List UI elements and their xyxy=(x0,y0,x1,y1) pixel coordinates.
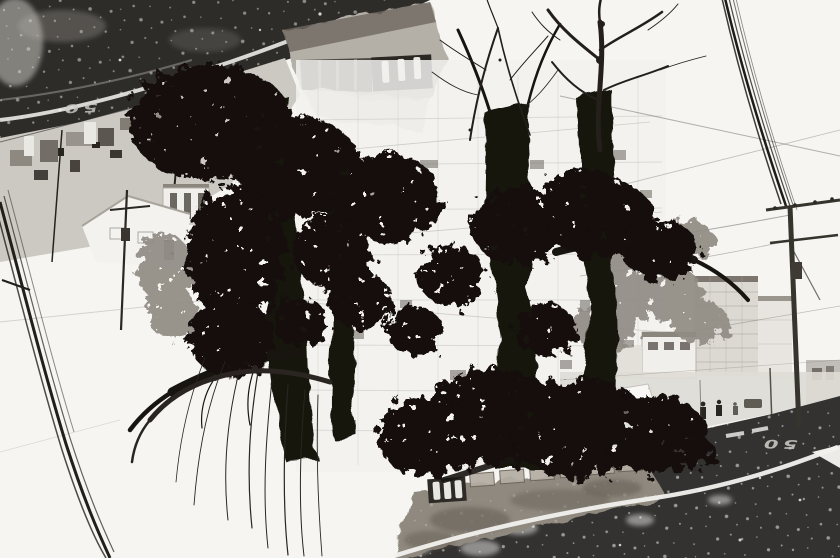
photograph: 50 xyxy=(0,0,840,558)
speed-limit-marking: 50 xyxy=(757,436,800,450)
parked-car xyxy=(744,399,762,408)
speed-limit-marking-reflected: 50 xyxy=(59,100,100,115)
